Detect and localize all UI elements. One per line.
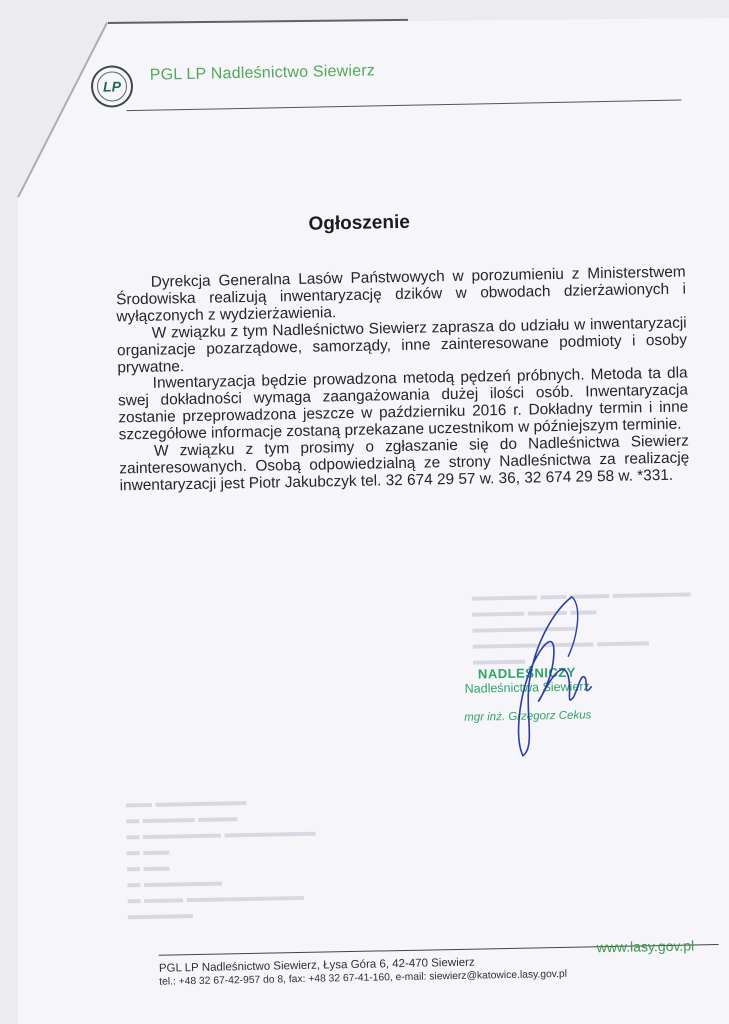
header-divider [126,100,681,112]
announcement-body: Dyrekcja Generalna Lasów Państwowych w p… [116,264,690,495]
paragraph-3: Inwentaryzacja będzie prowadzona metodą … [118,366,689,445]
handwritten-signature-icon [472,586,605,758]
logo-mark: LP [103,78,121,94]
show-through-list: ▬▬ ▬▬▬▬▬▬▬▬ ▬▬▬▬ ▬▬▬▬ ▬▬▬▬▬▬ ▬▬▬▬▬▬▬▬ ▬▬… [126,791,328,923]
paragraph-4: W związku z tym prosimy o zgłaszanie się… [119,434,690,496]
lasy-panstwowe-logo-icon: LP [91,65,134,108]
footer-address: PGL LP Nadleśnictwo Siewierz, Łysa Góra … [159,955,567,989]
letterhead-title: PGL LP Nadleśnictwo Siewierz [150,62,376,84]
document: LP PGL LP Nadleśnictwo Siewierz ▬▬▬▬▬ ▬▬… [0,0,729,1024]
footer-website: www.lasy.gov.pl [596,937,694,955]
page-title: Ogłoszenie [0,206,724,242]
